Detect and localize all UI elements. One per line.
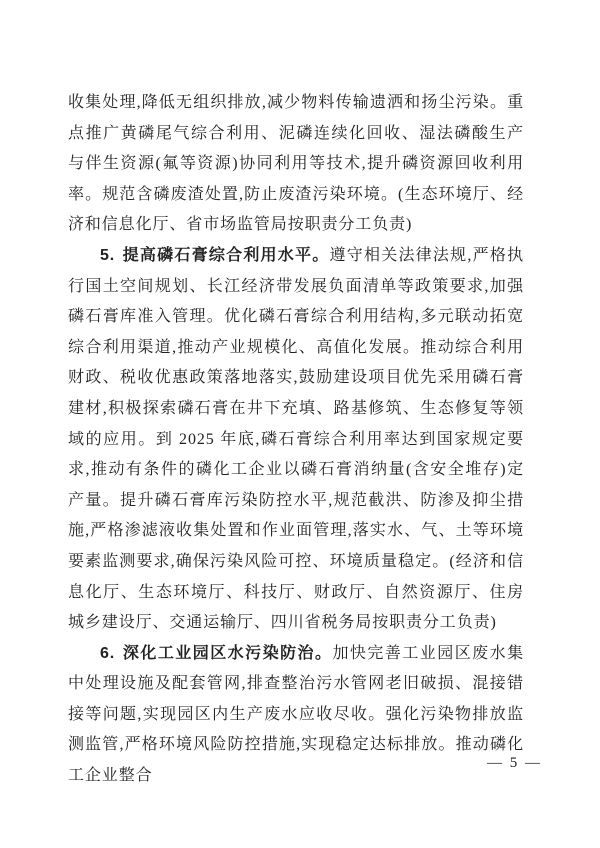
page-number: — 5 — — [487, 755, 542, 772]
paragraph-item-6: 6.深化工业园区水污染防治。加快完善工业园区废水集中处理设施及配套管网,排查整治… — [68, 639, 524, 792]
item-title: 深化工业园区水污染防治。 — [122, 645, 332, 662]
item-number: 6. — [100, 645, 115, 662]
document-page: 收集处理,降低无组织排放,减少物料传输遗洒和扬尘污染。重点推广黄磷尾气综合利用、… — [0, 0, 600, 848]
paragraph-item-5: 5.提高磷石膏综合利用水平。遵守相关法律法规,严格执行国土空间规划、长江经济带发… — [68, 241, 524, 639]
paragraph-text: 收集处理,降低无组织排放,减少物料传输遗洒和扬尘污染。重点推广黄磷尾气综合利用、… — [68, 94, 524, 233]
page-content: 收集处理,降低无组织排放,减少物料传输遗洒和扬尘污染。重点推广黄磷尾气综合利用、… — [68, 88, 524, 792]
item-number: 5. — [100, 247, 115, 264]
paragraph-text: 加快完善工业园区废水集中处理设施及配套管网,排查整治污水管网老旧破损、混接错接等… — [68, 645, 524, 784]
paragraph-continuation: 收集处理,降低无组织排放,减少物料传输遗洒和扬尘污染。重点推广黄磷尾气综合利用、… — [68, 88, 524, 241]
item-title: 提高磷石膏综合利用水平。 — [122, 247, 329, 264]
paragraph-text: 遵守相关法律法规,严格执行国土空间规划、长江经济带发展负面清单等政策要求,加强磷… — [68, 247, 524, 631]
